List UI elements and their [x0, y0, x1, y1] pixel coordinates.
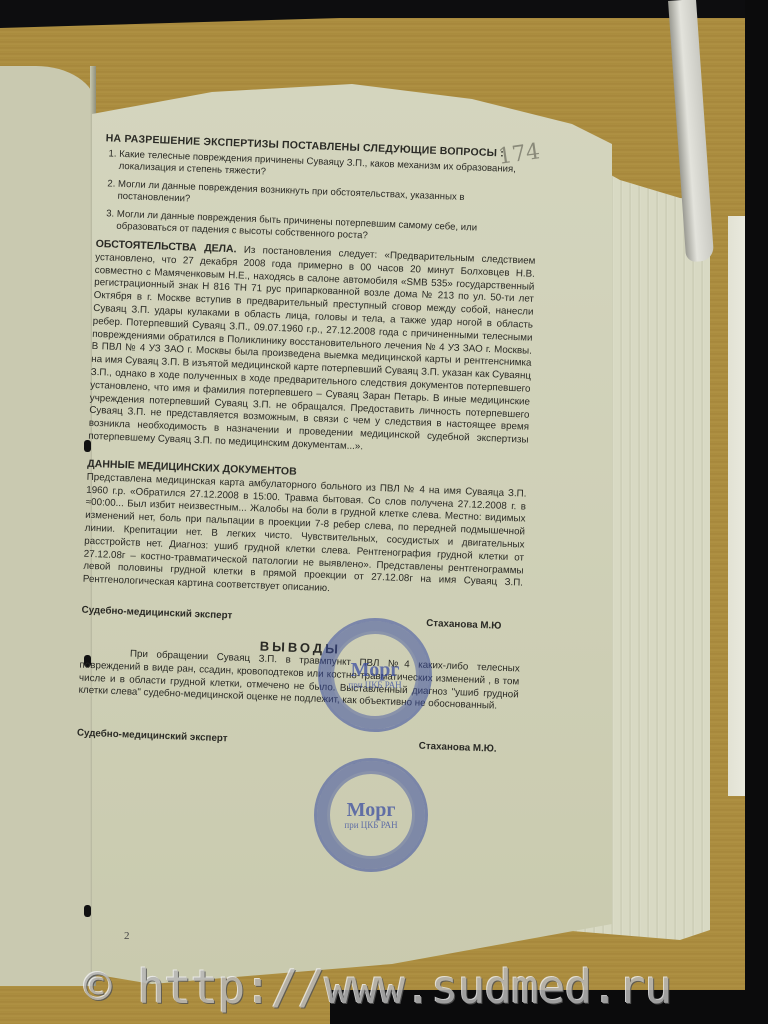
left-page	[0, 66, 96, 986]
stamp-subtitle: при ЦКБ РАН	[344, 820, 397, 830]
document-content: НА РАЗРЕШЕНИЕ ЭКСПЕРТИЗЫ ПОСТАВЛЕНЫ СЛЕД…	[77, 132, 540, 756]
watermark: © http://www.sudmed.ru	[84, 960, 671, 1014]
morgue-stamp: Морг при ЦКБ РАН	[314, 758, 428, 872]
stamp-title: Морг	[347, 800, 396, 820]
right-border	[745, 0, 768, 1024]
page-number: 2	[124, 930, 130, 942]
questions-list: Какие телесные повреждения причинены Сув…	[96, 148, 539, 249]
signature-line-1: Судебно-медицинский эксперт Стаханова М.…	[81, 605, 521, 633]
morgue-stamp: Морг при ЦКБ РАН	[318, 618, 432, 732]
expert-label: Судебно-медицинский эксперт	[81, 605, 232, 622]
binding-hole	[84, 905, 91, 917]
stamp-title: Морг	[351, 660, 400, 680]
stamp-subtitle: при ЦКБ РАН	[348, 680, 401, 690]
expert-name: Стаханова М.Ю	[426, 618, 502, 632]
med-docs-text: Представлена медицинская карта амбулатор…	[83, 471, 527, 603]
circumstances-text: Из постановления следует: «Предварительн…	[88, 245, 535, 453]
circumstances-paragraph: ОБСТОЯТЕЛЬСТВА ДЕЛА. Из постановления сл…	[88, 238, 536, 460]
